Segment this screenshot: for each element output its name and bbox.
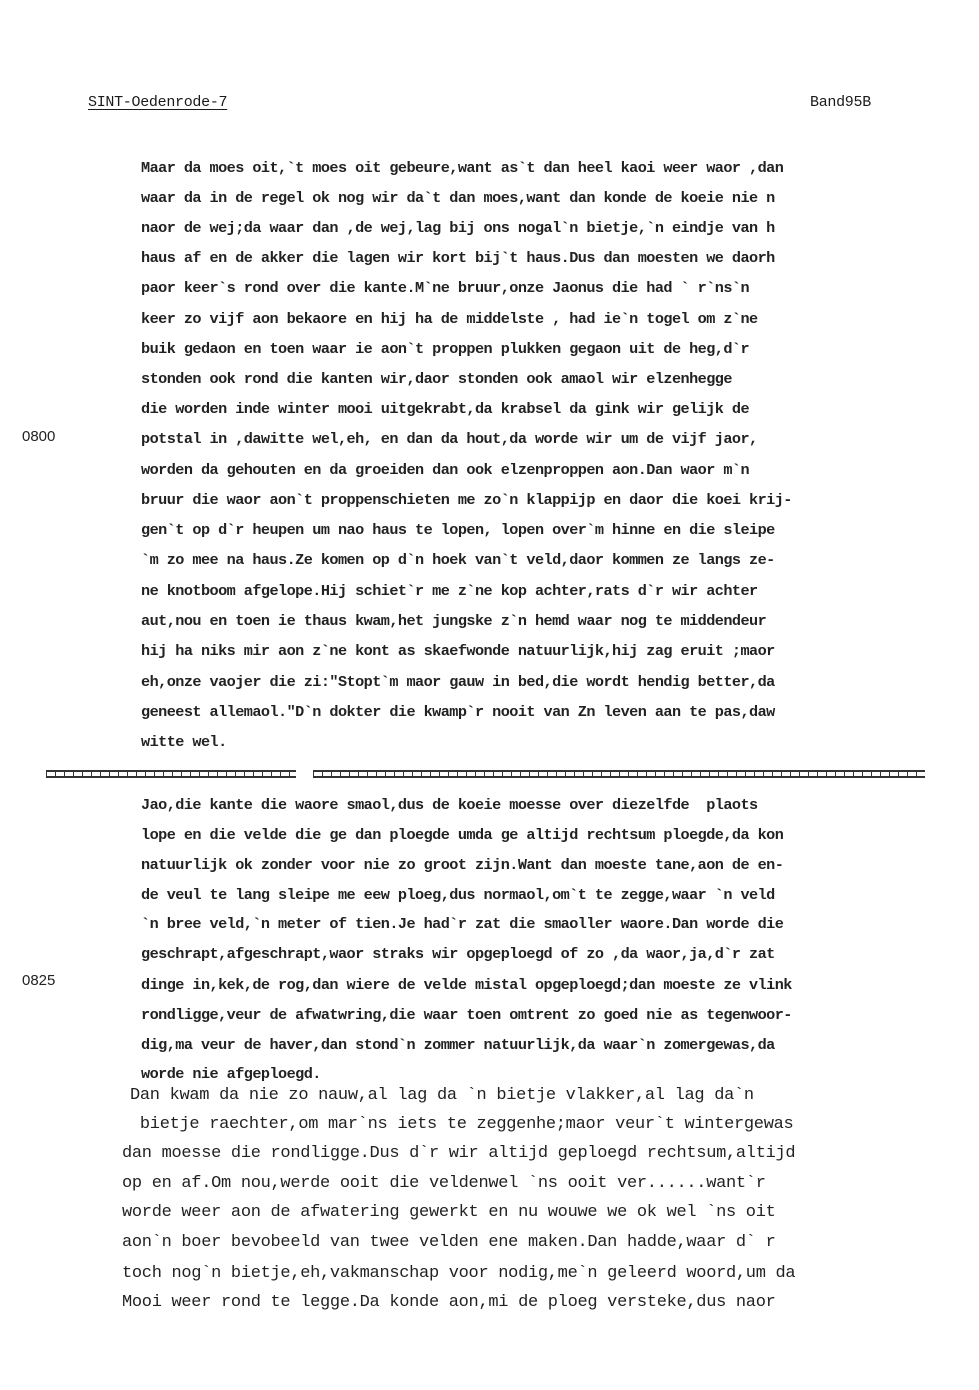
tape-label: Band95B bbox=[810, 94, 871, 111]
text-line: geschrapt,afgeschrapt,waor straks wir op… bbox=[141, 944, 775, 964]
text-line: bietje raechter,om mar`ns iets te zeggen… bbox=[130, 1115, 793, 1135]
text-line: Jao,die kante die waore smaol,dus de koe… bbox=[141, 795, 758, 815]
text-line: `m zo mee na haus.Ze komen op d`n hoek v… bbox=[141, 550, 775, 570]
text-line: naor de wej;da waar dan ,de wej,lag bij … bbox=[141, 218, 775, 238]
timecode-0825: 0825 bbox=[22, 972, 55, 989]
document-page: SINT-Oedenrode-7 Band95B 0800 0825 Maar … bbox=[0, 0, 979, 1390]
text-line: buik gedaon en toen waar ie aon`t proppe… bbox=[141, 339, 749, 359]
text-line: die worden inde winter mooi uitgekrabt,d… bbox=[141, 399, 749, 419]
text-line: worden da gehouten en da groeiden dan oo… bbox=[141, 460, 749, 480]
text-line: dan moesse die rondligge.Dus d`r wir alt… bbox=[122, 1144, 795, 1164]
document-id: SINT-Oedenrode-7 bbox=[88, 94, 227, 111]
text-line: ne knotboom afgelope.Hij schiet`r me z`n… bbox=[141, 581, 758, 601]
text-line: de veul te lang sleipe me eew ploeg,dus … bbox=[141, 885, 775, 905]
text-line: gen`t op d`r heupen um nao haus te lopen… bbox=[141, 520, 775, 540]
text-line: Maar da moes oit,`t moes oit gebeure,wan… bbox=[141, 158, 783, 178]
text-line: keer zo vijf aon bekaore en hij ha de mi… bbox=[141, 309, 758, 329]
timecode-0800: 0800 bbox=[22, 428, 55, 445]
text-line: stonden ook rond die kanten wir,daor sto… bbox=[141, 369, 732, 389]
text-line: potstal in ,dawitte wel,eh, en dan da ho… bbox=[141, 429, 758, 449]
text-line: natuurlijk ok zonder voor nie zo groot z… bbox=[141, 855, 783, 875]
text-line: worde nie afgeploegd. bbox=[141, 1064, 321, 1084]
text-line: geneest allemaol."D`n dokter die kwamp`r… bbox=[141, 702, 775, 722]
text-line: haus af en de akker die lagen wir kort b… bbox=[141, 248, 775, 268]
text-line: Mooi weer rond te legge.Da konde aon,mi … bbox=[122, 1293, 776, 1313]
section-divider bbox=[46, 770, 296, 778]
text-line: toch nog`n bietje,eh,vakmanschap voor no… bbox=[122, 1264, 795, 1284]
text-line: dig,ma veur de haver,dan stond`n zommer … bbox=[141, 1035, 775, 1055]
text-line: `n bree veld,`n meter of tien.Je had`r z… bbox=[141, 914, 783, 934]
text-line: dinge in,kek,de rog,dan wiere de velde m… bbox=[141, 975, 792, 995]
text-line: rondligge,veur de afwatwring,die waar to… bbox=[141, 1005, 792, 1025]
text-line: aut,nou en toen ie thaus kwam,het jungsk… bbox=[141, 611, 766, 631]
text-line: witte wel. bbox=[141, 732, 227, 752]
section-divider bbox=[313, 770, 925, 778]
text-line: bruur die waor aon`t proppenschieten me … bbox=[141, 490, 792, 510]
text-line: lope en die velde die ge dan ploegde umd… bbox=[141, 825, 783, 845]
text-line: aon`n boer bevobeeld van twee velden ene… bbox=[122, 1233, 776, 1253]
text-line: worde weer aon de afwatering gewerkt en … bbox=[122, 1203, 776, 1223]
text-line: waar da in de regel ok nog wir da`t dan … bbox=[141, 188, 775, 208]
text-line: op en af.Om nou,werde ooit die veldenwel… bbox=[122, 1174, 766, 1194]
text-line: eh,onze vaojer die zi:"Stopt`m maor gauw… bbox=[141, 672, 775, 692]
text-line: paor keer`s rond over die kante.M`ne bru… bbox=[141, 278, 749, 298]
text-line: hij ha niks mir aon z`ne kont as skaefwo… bbox=[141, 641, 775, 661]
text-line: Dan kwam da nie zo nauw,al lag da `n bie… bbox=[130, 1086, 754, 1106]
